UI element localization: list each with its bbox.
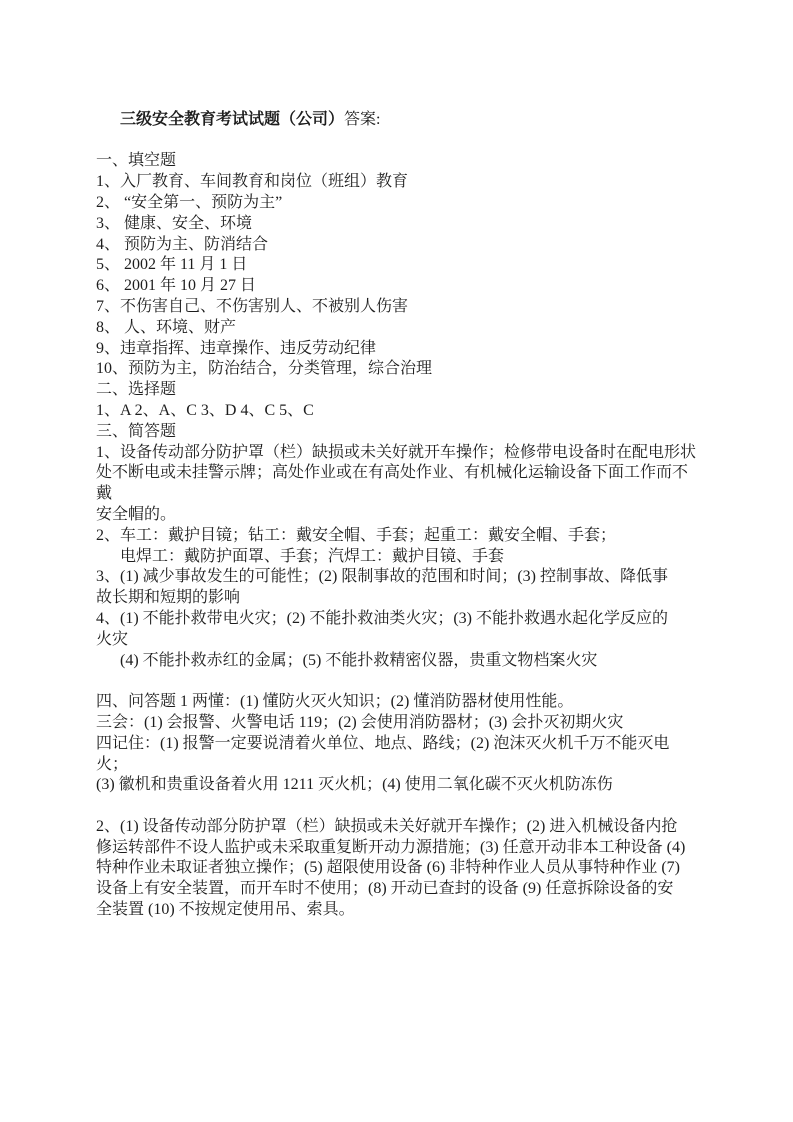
text-line: 1、入厂教育、车间教育和岗位（班组）教育 <box>96 172 700 193</box>
text-line: 7、不伤害自己、不伤害别人、不被别人伤害 <box>96 297 700 318</box>
text-line: 三、简答题 <box>96 422 700 443</box>
text-line: 4、 预防为主、防消结合 <box>96 235 700 256</box>
text-line: 2、(1) 设备传动部分防护罩（栏）缺损或未关好就开车操作；(2) 进入机械设备… <box>96 817 700 838</box>
text-line: 特种作业未取证者独立操作；(5) 超限使用设备 (6) 非特种作业人员从事特种作… <box>96 858 700 879</box>
text-line: 3、 健康、安全、环境 <box>96 214 700 235</box>
text-line: 火灾 <box>96 630 700 651</box>
document-page: 三级安全教育考试试题（公司）答案: 一、填空题1、入厂教育、车间教育和岗位（班组… <box>0 0 793 1122</box>
document-lines: 一、填空题1、入厂教育、车间教育和岗位（班组）教育2、 “安全第一、预防为主”3… <box>96 151 700 920</box>
document-title-suffix: 答案: <box>344 111 380 128</box>
document-title-main: 三级安全教育考试试题（公司） <box>120 111 344 128</box>
text-line: 四记住：(1) 报警一定要说清着火单位、地点、路线；(2) 泡沫灭火机千万不能灭… <box>96 734 700 776</box>
text-line: 1、A 2、A、C 3、D 4、C 5、C <box>96 401 700 422</box>
text-line: 四、问答题 1 两懂：(1) 懂防火灭火知识；(2) 懂消防器材使用性能。 <box>96 692 700 713</box>
text-line: 4、(1) 不能扑救带电火灾；(2) 不能扑救油类火灾；(3) 不能扑救遇水起化… <box>96 609 700 630</box>
text-line: 安全帽的。 <box>96 505 700 526</box>
text-line: (3) 徽机和贵重设备着火用 1211 灭火机；(4) 使用二氧化碳不灭火机防冻… <box>96 775 700 796</box>
text-line: 二、选择题 <box>96 380 700 401</box>
text-line: 2、 “安全第一、预防为主” <box>96 193 700 214</box>
text-line: 设备上有安全装置，而开车时不使用；(8) 开动已查封的设备 (9) 任意拆除设备… <box>96 879 700 900</box>
text-line: 3、(1) 减少事故发生的可能性；(2) 限制事故的范围和时间；(3) 控制事故… <box>96 567 700 588</box>
text-line: 一、填空题 <box>96 151 700 172</box>
text-line: 三会：(1) 会报警、火警电话 119；(2) 会使用消防器材；(3) 会扑灭初… <box>96 713 700 734</box>
text-line: 10、预防为主，防治结合，分类管理，综合治理 <box>96 359 700 380</box>
document-body: 三级安全教育考试试题（公司）答案: 一、填空题1、入厂教育、车间教育和岗位（班组… <box>96 89 700 921</box>
text-line: 电焊工：戴防护面罩、手套；汽焊工：戴护目镜、手套 <box>96 547 700 568</box>
text-line: 处不断电或未挂警示牌；高处作业或在有高处作业、有机械化运输设备下面工作而不戴 <box>96 463 700 505</box>
text-line: 5、 2002 年 11 月 1 日 <box>96 255 700 276</box>
text-line: 9、违章指挥、违章操作、违反劳动纪律 <box>96 339 700 360</box>
text-line: 8、 人、环境、财产 <box>96 318 700 339</box>
text-line: 6、 2001 年 10 月 27 日 <box>96 276 700 297</box>
text-line: 故长期和短期的影响 <box>96 588 700 609</box>
text-line: 修运转部件不设人监护或未采取重复断开动力源措施；(3) 任意开动非本工种设备 (… <box>96 838 700 859</box>
blank-line <box>96 796 700 817</box>
blank-line <box>96 671 700 692</box>
text-line: 1、设备传动部分防护罩（栏）缺损或未关好就开车操作；检修带电设备时在配电形状 <box>96 443 700 464</box>
text-line: 全装置 (10) 不按规定使用吊、索具。 <box>96 900 700 921</box>
text-line: (4) 不能扑救赤红的金属；(5) 不能扑救精密仪器，贵重文物档案火灾 <box>96 651 700 672</box>
document-title: 三级安全教育考试试题（公司）答案: <box>96 89 700 151</box>
text-line: 2、车工：戴护目镜；钻工：戴安全帽、手套；起重工：戴安全帽、手套； <box>96 526 700 547</box>
